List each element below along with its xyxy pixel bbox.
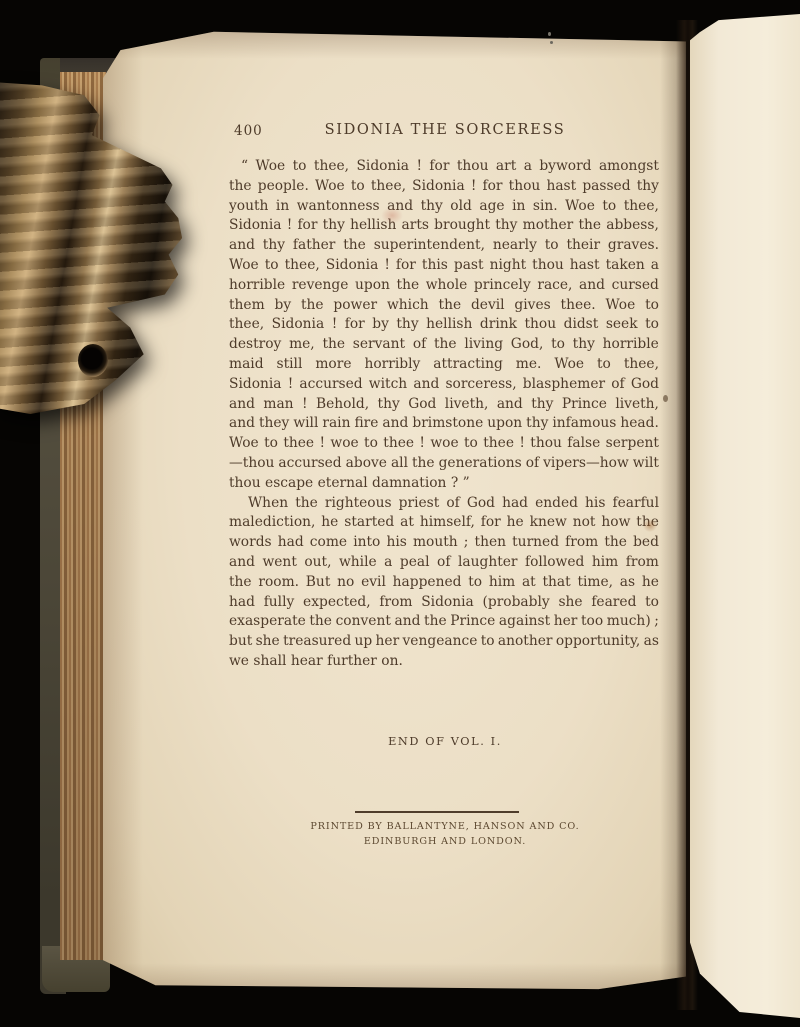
- text-line: theroom.Butnoevilhappenedtohimatthattime…: [229, 573, 659, 593]
- text-line: wordshadcomeintohismouth;thenturnedfromt…: [229, 533, 659, 553]
- printer-rule: [355, 811, 519, 813]
- text-line: hadfullyexpected,fromSidonia(probablyshe…: [229, 593, 659, 613]
- left-page: 400 SIDONIA THE SORCERESS “Woetothee,Sid…: [103, 25, 686, 993]
- text-line: Woetothee!woetothee!woetothee!thoufalses…: [229, 434, 659, 454]
- text-line: horriblerevengeuponthewholeprincelyrace,…: [229, 276, 659, 296]
- text-line: andthyfatherthesuperintendent,nearlytoth…: [229, 236, 659, 256]
- text-line: Sidonia!forthyhellishartsbroughtthymothe…: [229, 216, 659, 236]
- text-line: thee,Sidonia!forbythyhellishdrinkthoudid…: [229, 315, 659, 335]
- printed-content: 400 SIDONIA THE SORCERESS “Woetothee,Sid…: [103, 25, 686, 993]
- body-text: “Woetothee,Sidonia!forthouartabywordamon…: [229, 157, 659, 672]
- imprint-line-2: EDINBURGH AND LONDON.: [199, 834, 691, 849]
- running-title: SIDONIA THE SORCERESS: [229, 121, 661, 138]
- book-photo: 400 SIDONIA THE SORCERESS “Woetothee,Sid…: [0, 0, 800, 1027]
- text-line: Sidonia!accursedwitchandsorceress,blasph…: [229, 375, 659, 395]
- text-line: destroyme,theservantofthelivingGod,tothy…: [229, 335, 659, 355]
- text-line: thepeople.Woetothee,Sidonia!forthouhastp…: [229, 177, 659, 197]
- text-line: andwentout,whileapealoflaughterfollowedh…: [229, 553, 659, 573]
- text-line: “Woetothee,Sidonia!forthouartabywordamon…: [229, 157, 659, 177]
- brass-clasp: [0, 82, 184, 414]
- text-line: —thouaccursedaboveallthegenerationsofvip…: [229, 454, 659, 474]
- text-line: WhentherighteouspriestofGodhadendedhisfe…: [229, 494, 659, 514]
- end-of-volume-label: END OF VOL. I.: [229, 735, 661, 748]
- text-line: thembythepowerwhichthedevilgivesthee.Woe…: [229, 296, 659, 316]
- dust-speck: [548, 32, 551, 36]
- text-line: exasperatetheconventandthePrinceagainsth…: [229, 612, 659, 632]
- page-stain: [643, 519, 657, 532]
- text-line: Woetothee,Sidonia!forthispastnightthouha…: [229, 256, 659, 276]
- clasp-hole: [78, 344, 108, 377]
- text-line: youthinwantonnessandthyoldageinsin.Woeto…: [229, 197, 659, 217]
- text-line: malediction,hestartedathimself,forheknew…: [229, 513, 659, 533]
- printer-imprint: PRINTED BY BALLANTYNE, HANSON AND CO. ED…: [199, 819, 691, 849]
- dust-speck: [550, 41, 553, 44]
- text-line: maidstillmorehorriblyattractingme.Woetot…: [229, 355, 659, 375]
- page-header: 400 SIDONIA THE SORCERESS: [229, 121, 661, 143]
- text-line: andtheywillrainfireandbrimstoneuponthyin…: [229, 414, 659, 434]
- text-line: thouescapeeternaldamnation?”: [229, 474, 659, 494]
- page-stain: [663, 395, 668, 402]
- text-line: weshallhearfurtheron.: [229, 652, 659, 672]
- text-line: andman!Behold,thyGodliveth,andthyPrincel…: [229, 395, 659, 415]
- imprint-line-1: PRINTED BY BALLANTYNE, HANSON AND CO.: [199, 819, 691, 834]
- right-page-blank: [690, 10, 800, 1018]
- text-line: butshetreasureduphervengeancetoanotherop…: [229, 632, 659, 652]
- page-stain: [381, 207, 403, 224]
